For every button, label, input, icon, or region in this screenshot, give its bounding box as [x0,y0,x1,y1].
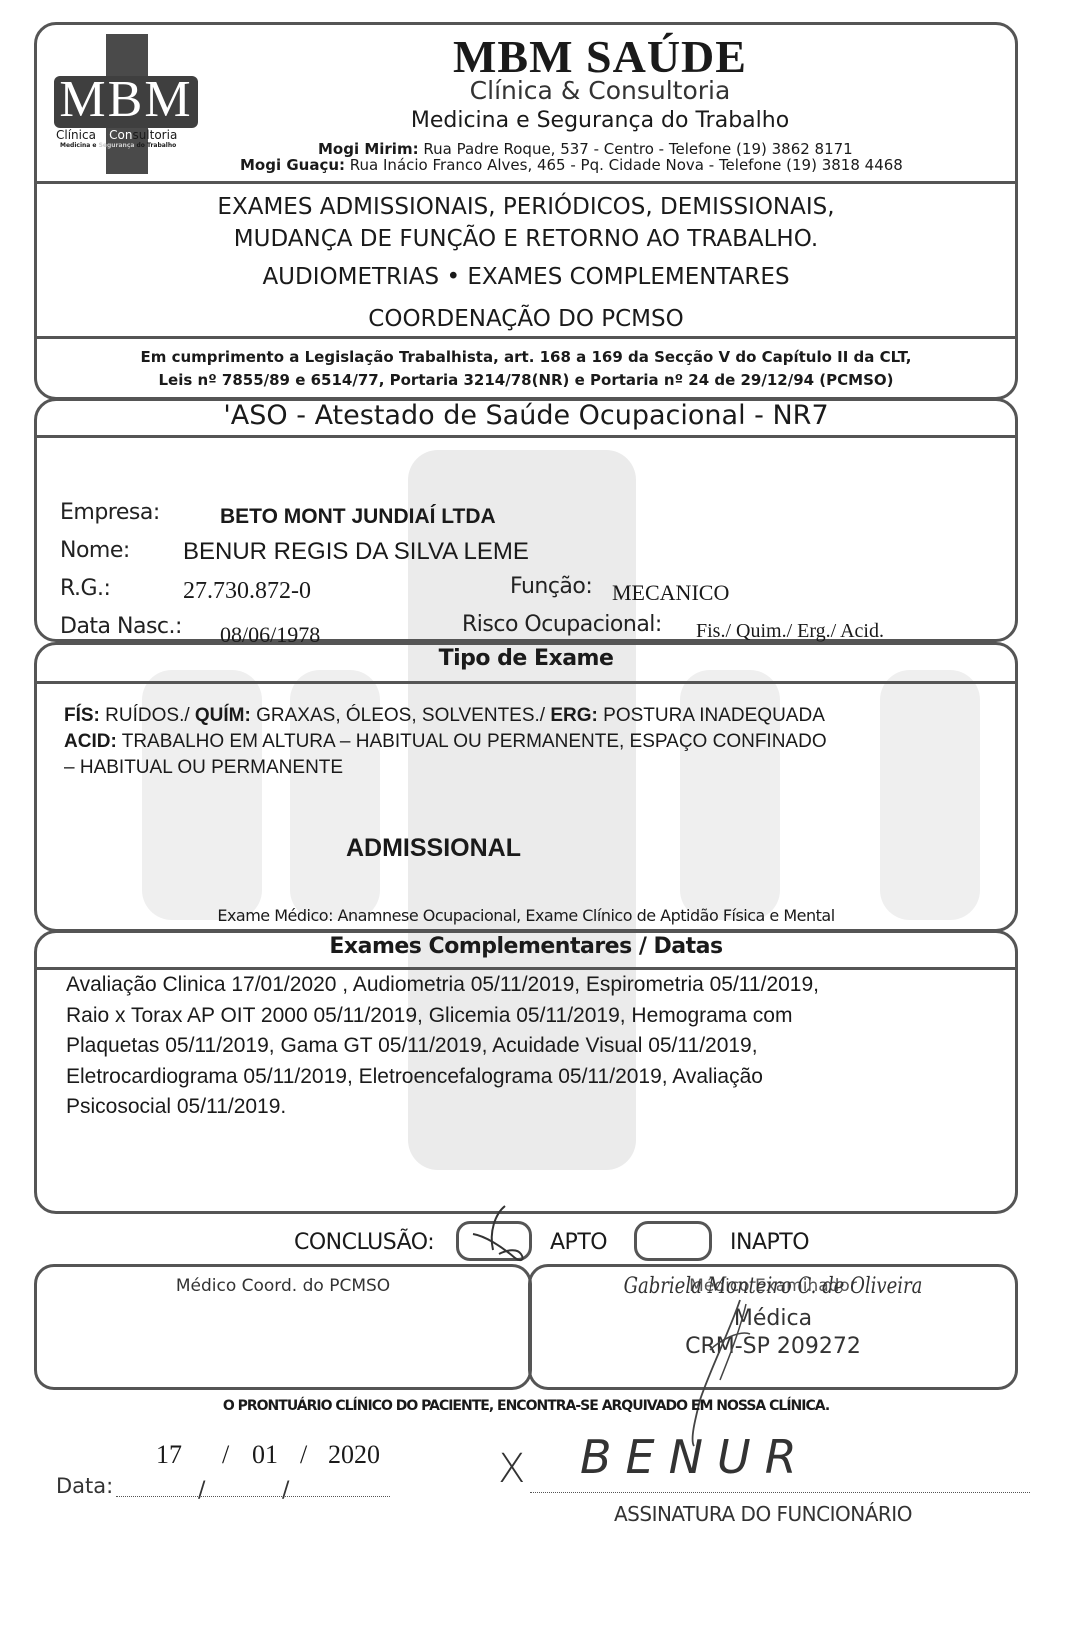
risk-line3: – HABITUAL OU PERMANENTE [64,757,343,779]
employee-signature[interactable]: BENUR [580,1430,811,1484]
complementares-title: Exames Complementares / Datas [36,934,1016,959]
nome-label: Nome: [60,538,130,563]
brand-tagline: Medicina e Segurança do Trabalho [320,108,880,133]
logo-line2: Medicina e Segurança do Trabalho [60,142,176,149]
clinic-logo: MBM Clínica& Consultoria Medicina e Segu… [54,34,204,174]
logo-letters: MBM [54,70,198,129]
date-line [116,1496,390,1497]
funcao-value: MECANICO [612,580,729,606]
nome-value: BENUR REGIS DA SILVA LEME [183,538,529,566]
aso-title: 'ASO - Atestado de Saúde Ocupacional - N… [36,400,1016,431]
tipo-exame-divider [36,681,1016,684]
services-divider [36,336,1016,339]
complementares-line: Eletrocardiograma 05/11/2019, Eletroence… [66,1062,819,1093]
tipo-exame-box [34,642,1018,932]
exam-description: Exame Médico: Anamnese Ocupacional, Exam… [36,906,1016,925]
complementares-line: Raio x Torax AP OIT 2000 05/11/2019, Gli… [66,1001,819,1032]
empresa-value: BETO MONT JUNDIAÍ LTDA [220,505,496,529]
signature-label: ASSINATURA DO FUNCIONÁRIO [614,1502,912,1526]
risco-value: Fis./ Quim./ Erg./ Acid. [696,620,884,643]
checkmark-icon [455,1202,545,1262]
date-sep2: / [300,1440,307,1470]
header-divider [36,181,1016,184]
services-line3: AUDIOMETRIAS • EXAMES COMPLEMENTARES [36,264,1016,290]
medico-coord-label: Médico Coord. do PCMSO [34,1276,532,1296]
services-line2: MUDANÇA DE FUNÇÃO E RETORNO AO TRABALHO. [36,226,1016,252]
date-sep1: / [222,1440,229,1470]
brand-subtitle: Clínica & Consultoria [380,76,820,105]
services-line1: EXAMES ADMISSIONAIS, PERIÓDICOS, DEMISSI… [36,194,1016,220]
rg-value: 27.730.872-0 [183,578,311,605]
date-slash-a: / [198,1478,205,1503]
complementares-line: Psicosocial 05/11/2019. [66,1092,819,1123]
inapto-label: INAPTO [730,1230,809,1255]
legal-line2: Leis nº 7855/89 e 6514/77, Portaria 3214… [36,371,1016,389]
date-month[interactable]: 01 [252,1440,278,1470]
complementares-line: Avaliação Clinica 17/01/2020 , Audiometr… [66,970,819,1001]
funcao-label: Função: [510,574,592,599]
address-mogi-guacu: Mogi Guaçu: Rua Inácio Franco Alves, 465… [240,156,903,174]
complementares-line: Plaquetas 05/11/2019, Gama GT 05/11/2019… [66,1031,819,1062]
exam-type: ADMISSIONAL [346,834,521,863]
risk-line1: FÍS: RUÍDOS./ QUÍM: GRAXAS, ÓLEOS, SOLVE… [64,705,825,727]
data-label: Data: [56,1474,113,1498]
risk-line2: ACID: TRABALHO EM ALTURA – HABITUAL OU P… [64,731,827,753]
rg-label: R.G.: [60,576,110,601]
legal-line1: Em cumprimento a Legislação Trabalhista,… [36,348,1016,366]
date-day[interactable]: 17 [156,1440,182,1470]
signature-line [530,1492,1030,1493]
logo-line1: Clínica& Consultoria [56,128,177,142]
tipo-exame-title: Tipo de Exame [36,646,1016,671]
apto-label: APTO [550,1230,607,1255]
doctor-signature-scribble [680,1290,800,1450]
date-year[interactable]: 2020 [328,1440,380,1470]
complementares-list: Avaliação Clinica 17/01/2020 , Audiometr… [66,970,819,1123]
nasc-label: Data Nasc.: [60,614,182,639]
aso-title-divider [36,435,1016,438]
signature-mark: X [498,1446,525,1492]
prontuario-notice: O PRONTUÁRIO CLÍNICO DO PACIENTE, ENCONT… [36,1398,1016,1414]
empresa-label: Empresa: [60,500,160,525]
risco-label: Risco Ocupacional: [462,612,662,637]
inapto-checkbox[interactable] [634,1221,712,1261]
conclusao-label: CONCLUSÃO: [294,1230,434,1255]
date-slash-b: / [282,1478,289,1503]
coordination-pcmso: COORDENAÇÃO DO PCMSO [36,306,1016,332]
apto-checkbox[interactable] [456,1221,532,1261]
